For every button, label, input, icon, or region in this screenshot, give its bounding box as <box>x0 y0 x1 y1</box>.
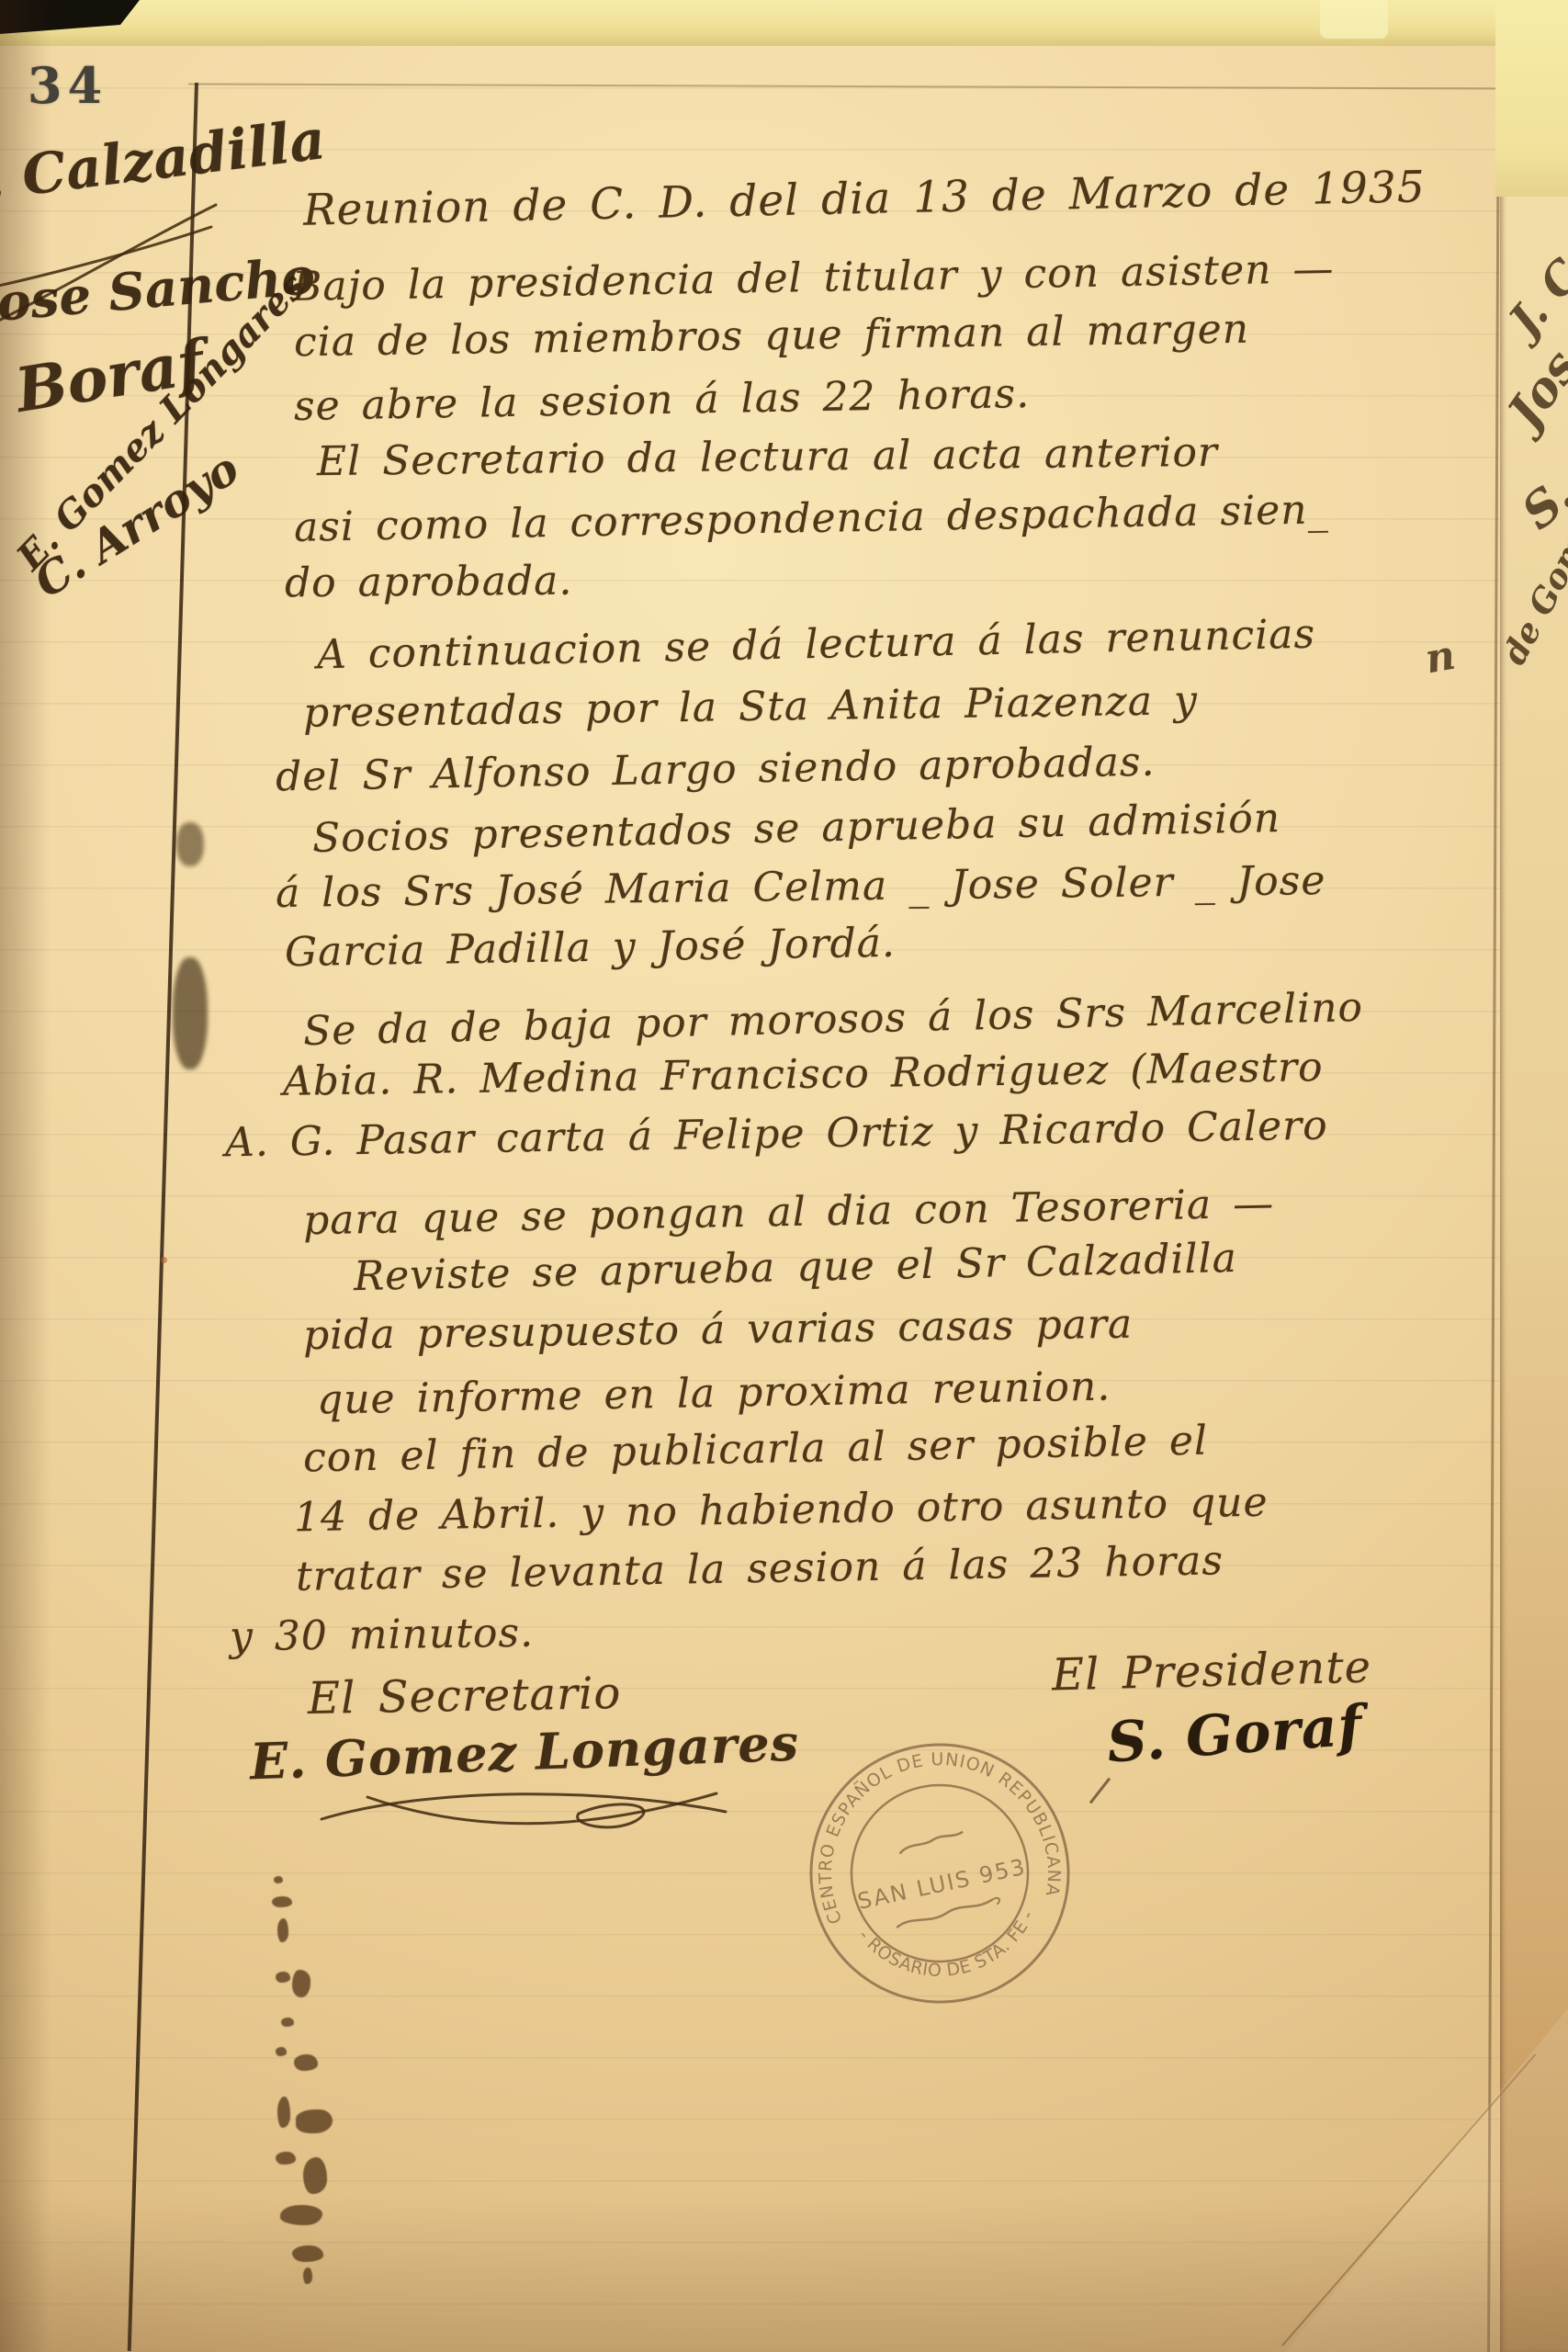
ink-blot <box>277 1918 288 1942</box>
ink-blot <box>272 1896 292 1907</box>
ink-blot <box>292 2245 323 2262</box>
ink-blot <box>276 2047 287 2056</box>
top-yellow-tab <box>1320 0 1388 39</box>
ink-blot <box>280 2205 322 2225</box>
ink-blot <box>274 1876 283 1883</box>
right-yellow-edge <box>1495 0 1568 197</box>
page-number: 34 <box>28 61 107 110</box>
manuscript-line: El Secretario da lectura al acta anterio… <box>317 433 1218 482</box>
ink-blot <box>296 2109 333 2133</box>
stamp-ring-top-text: CENTRO ESPAÑOL DE UNION REPUBLICANA <box>801 1736 1067 1928</box>
ink-blot <box>292 1970 310 1997</box>
ink-smudge <box>176 822 204 866</box>
secretary-signature-flourish <box>303 1775 744 1839</box>
rust-spot <box>161 1257 167 1263</box>
svg-text:CENTRO ESPAÑOL DE UNION REPUBL: CENTRO ESPAÑOL DE UNION REPUBLICANA <box>801 1736 1067 1928</box>
ink-blot <box>303 2267 312 2284</box>
president-title: El Presidente <box>1051 1645 1371 1697</box>
stamp-center-text: SAN LUIS 953 <box>855 1854 1029 1915</box>
ink-blot <box>294 2054 318 2071</box>
manuscript-line: y 30 minutos. <box>230 1613 535 1658</box>
scanned-minutes-page: 34 J. Calzadilla Jose Sancho J. Boraf E.… <box>0 0 1568 2352</box>
manuscript-line: Garcia Padilla y José Jordá. <box>285 923 897 973</box>
manuscript-line: do aprobada. <box>285 561 573 605</box>
ink-smudge <box>173 957 208 1069</box>
club-rubber-stamp: CENTRO ESPAÑOL DE UNION REPUBLICANA - RO… <box>786 1720 1093 2027</box>
ink-blot <box>277 2097 290 2128</box>
secretary-title: El Secretario <box>308 1671 622 1721</box>
ink-blot <box>281 2018 294 2027</box>
ink-blot <box>303 2157 327 2194</box>
ink-blot <box>276 1972 290 1983</box>
manuscript-line: pida presupuesto á varias casas para <box>303 1305 1134 1357</box>
ink-blot <box>276 2152 296 2165</box>
president-signature: S. Goraf <box>1105 1698 1364 1770</box>
manuscript-line: presentadas por la Sta Anita Piazenza y <box>303 681 1198 734</box>
